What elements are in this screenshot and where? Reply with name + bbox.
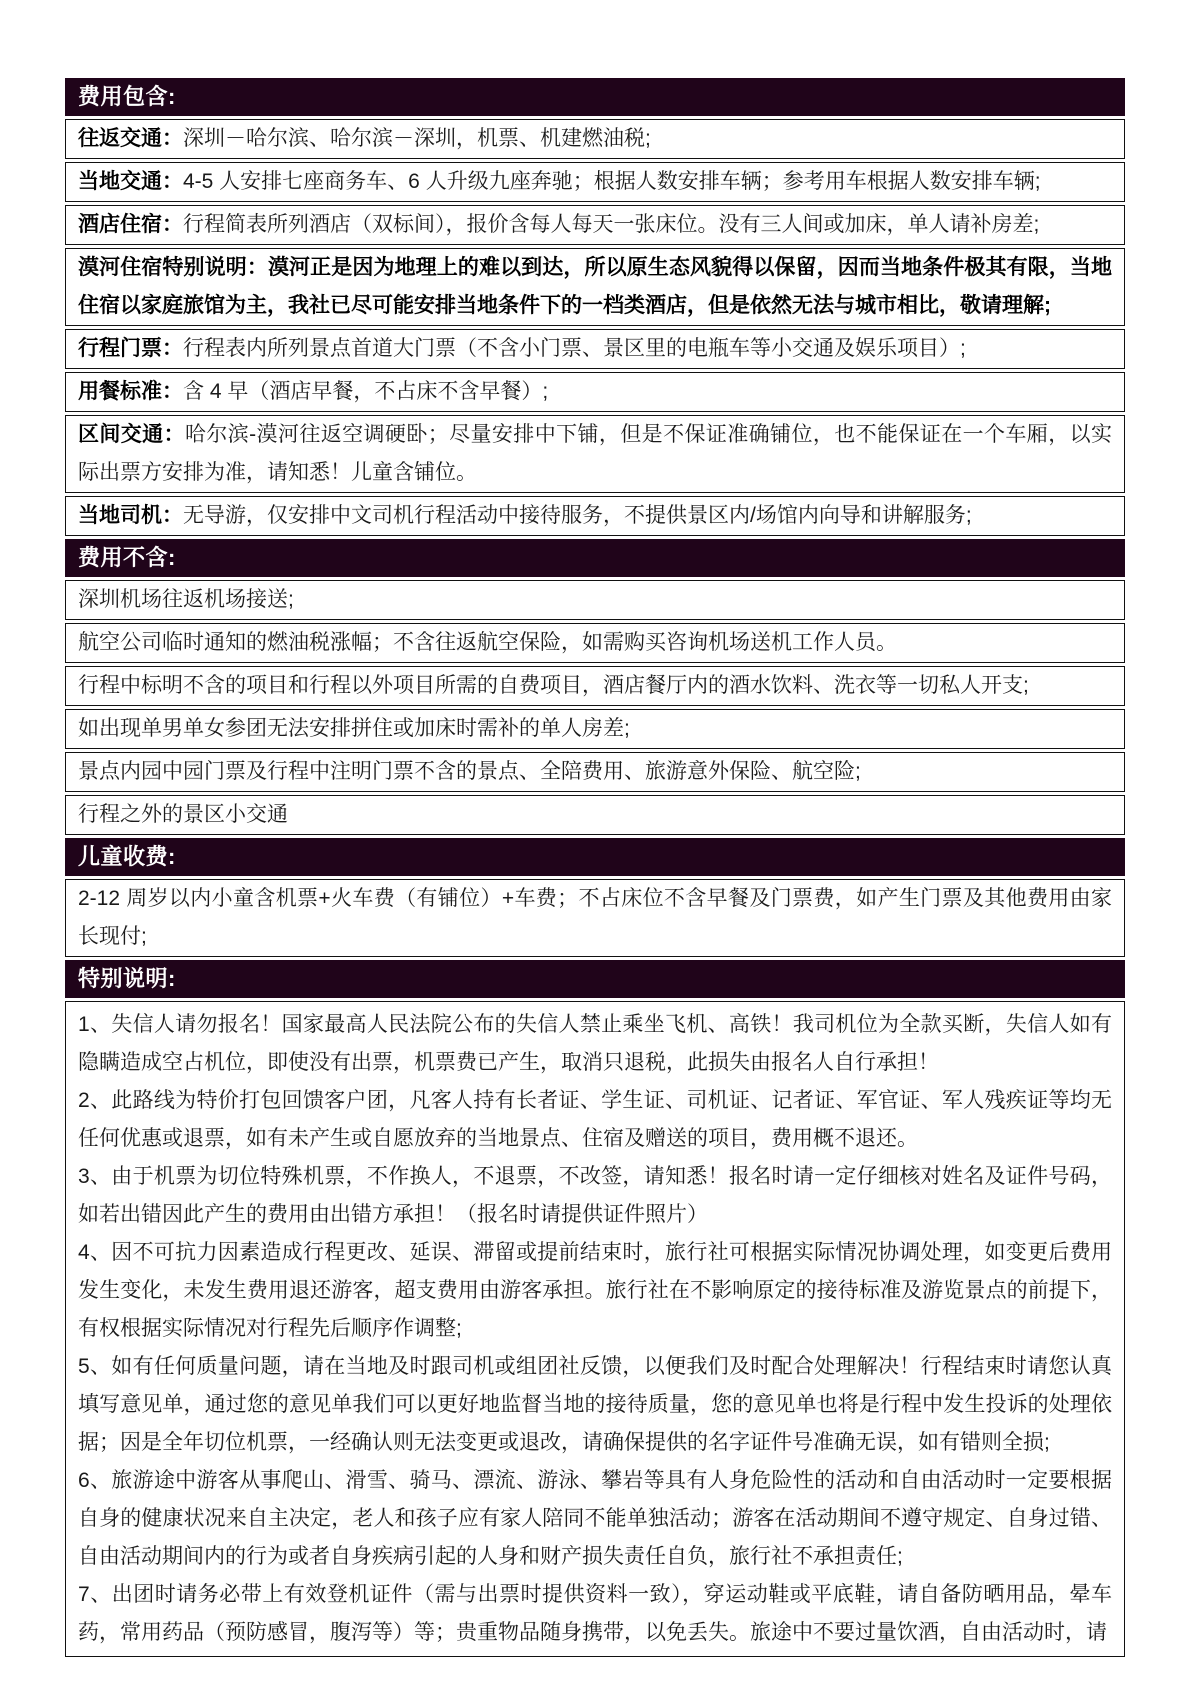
row-text: 如出现单男单女参团无法安排拼住或加床时需补的单人房差;: [78, 717, 630, 740]
row-label: 当地交通：: [78, 170, 183, 193]
row-label: 当地司机：: [78, 504, 183, 527]
special-note-2: 2、此路线为特价打包回馈客户团，凡客人持有长者证、学生证、司机证、记者证、军官证…: [78, 1082, 1112, 1158]
special-note-5: 5、如有任何质量问题，请在当地及时跟司机或组团社反馈，以便我们及时配合处理解决！…: [78, 1348, 1112, 1462]
fee-included-row-local-transport: 当地交通：4-5 人安排七座商务车、6 人升级九座奔驰；根据人数安排车辆；参考用…: [65, 162, 1125, 202]
section-header-fees-included: 费用包含:: [65, 78, 1125, 116]
fee-excluded-row-scenic-transport: 行程之外的景区小交通: [65, 795, 1125, 835]
row-label: 酒店住宿：: [78, 213, 183, 236]
special-note-1: 1、失信人请勿报名！国家最高人民法院公布的失信人禁止乘坐飞机、高铁！我司机位为全…: [78, 1006, 1112, 1082]
fee-excluded-row-airport-transfer: 深圳机场往返机场接送;: [65, 580, 1125, 620]
row-text: 行程中标明不含的项目和行程以外项目所需的自费项目，酒店餐厅内的酒水饮料、洗衣等一…: [78, 674, 1029, 697]
fee-included-row-hotel: 酒店住宿：行程简表所列酒店（双标间），报价含每人每天一张床位。没有三人间或加床，…: [65, 205, 1125, 245]
row-text: 无导游，仅安排中文司机行程活动中接待服务，不提供景区内/场馆内向导和讲解服务;: [183, 504, 972, 527]
row-label: 往返交通：: [78, 127, 183, 150]
row-text: 2-12 周岁以内小童含机票+火车费（有铺位）+车费；不占床位不含早餐及门票费，…: [78, 887, 1112, 948]
row-text: 航空公司临时通知的燃油税涨幅；不含往返航空保险，如需购买咨询机场送机工作人员。: [78, 631, 897, 654]
row-text: 哈尔滨-漠河往返空调硬卧；尽量安排中下铺，但是不保证准确铺位，也不能保证在一个车…: [78, 423, 1112, 484]
row-label: 用餐标准：: [78, 380, 183, 403]
row-text: 景点内园中园门票及行程中注明门票不含的景点、全陪费用、旅游意外保险、航空险;: [78, 760, 861, 783]
travel-itinerary-page: 费用包含: 往返交通：深圳－哈尔滨、哈尔滨－深圳，机票、机建燃油税; 当地交通：…: [0, 0, 1190, 1683]
fee-excluded-row-personal-expenses: 行程中标明不含的项目和行程以外项目所需的自费项目，酒店餐厅内的酒水饮料、洗衣等一…: [65, 666, 1125, 706]
fee-excluded-row-fuel-surcharge: 航空公司临时通知的燃油税涨幅；不含往返航空保险，如需购买咨询机场送机工作人员。: [65, 623, 1125, 663]
row-text: 深圳－哈尔滨、哈尔滨－深圳，机票、机建燃油税;: [183, 127, 651, 150]
fee-included-row-mohe-lodging-note: 漠河住宿特别说明：漠河正是因为地理上的难以到达，所以原生态风貌得以保留，因而当地…: [65, 248, 1125, 326]
section-header-child-fees: 儿童收费:: [65, 838, 1125, 876]
section-header-special-notes: 特别说明:: [65, 960, 1125, 998]
fee-included-row-train: 区间交通：哈尔滨-漠河往返空调硬卧；尽量安排中下铺，但是不保证准确铺位，也不能保…: [65, 415, 1125, 493]
special-note-4: 4、因不可抗力因素造成行程更改、延误、滞留或提前结束时，旅行社可根据实际情况协调…: [78, 1234, 1112, 1348]
row-text: 行程简表所列酒店（双标间），报价含每人每天一张床位。没有三人间或加床，单人请补房…: [183, 213, 1039, 236]
fee-included-row-tickets: 行程门票：行程表内所列景点首道大门票（不含小门票、景区里的电瓶车等小交通及娱乐项…: [65, 329, 1125, 369]
row-label: 漠河住宿特别说明：: [78, 256, 268, 279]
row-text: 4-5 人安排七座商务车、6 人升级九座奔驰；根据人数安排车辆；参考用车根据人数…: [183, 170, 1041, 193]
special-note-6: 6、旅游途中游客从事爬山、滑雪、骑马、漂流、游泳、攀岩等具有人身危险性的活动和自…: [78, 1462, 1112, 1576]
fee-included-row-transport: 往返交通：深圳－哈尔滨、哈尔滨－深圳，机票、机建燃油税;: [65, 119, 1125, 159]
section-header-fees-excluded: 费用不含:: [65, 539, 1125, 577]
row-text: 深圳机场往返机场接送;: [78, 588, 294, 611]
fee-included-row-meals: 用餐标准：含 4 早（酒店早餐，不占床不含早餐）;: [65, 372, 1125, 412]
child-fee-row: 2-12 周岁以内小童含机票+火车费（有铺位）+车费；不占床位不含早餐及门票费，…: [65, 879, 1125, 957]
special-note-7: 7、出团时请务必带上有效登机证件（需与出票时提供资料一致），穿运动鞋或平底鞋，请…: [78, 1576, 1112, 1652]
fee-excluded-row-single-supplement: 如出现单男单女参团无法安排拼住或加床时需补的单人房差;: [65, 709, 1125, 749]
row-label: 区间交通：: [78, 423, 185, 446]
row-text: 含 4 早（酒店早餐，不占床不含早餐）;: [183, 380, 548, 403]
row-text: 行程表内所列景点首道大门票（不含小门票、景区里的电瓶车等小交通及娱乐项目）;: [183, 337, 966, 360]
special-notes-cell: 1、失信人请勿报名！国家最高人民法院公布的失信人禁止乘坐飞机、高铁！我司机位为全…: [65, 1001, 1125, 1657]
fee-details-document: 费用包含: 往返交通：深圳－哈尔滨、哈尔滨－深圳，机票、机建燃油税; 当地交通：…: [65, 78, 1125, 1660]
row-text: 行程之外的景区小交通: [78, 803, 288, 826]
row-label: 行程门票：: [78, 337, 183, 360]
special-note-3: 3、由于机票为切位特殊机票，不作换人，不退票，不改签，请知悉！报名时请一定仔细核…: [78, 1158, 1112, 1234]
fee-included-row-driver: 当地司机：无导游，仅安排中文司机行程活动中接待服务，不提供景区内/场馆内向导和讲…: [65, 496, 1125, 536]
fee-excluded-row-inner-tickets: 景点内园中园门票及行程中注明门票不含的景点、全陪费用、旅游意外保险、航空险;: [65, 752, 1125, 792]
